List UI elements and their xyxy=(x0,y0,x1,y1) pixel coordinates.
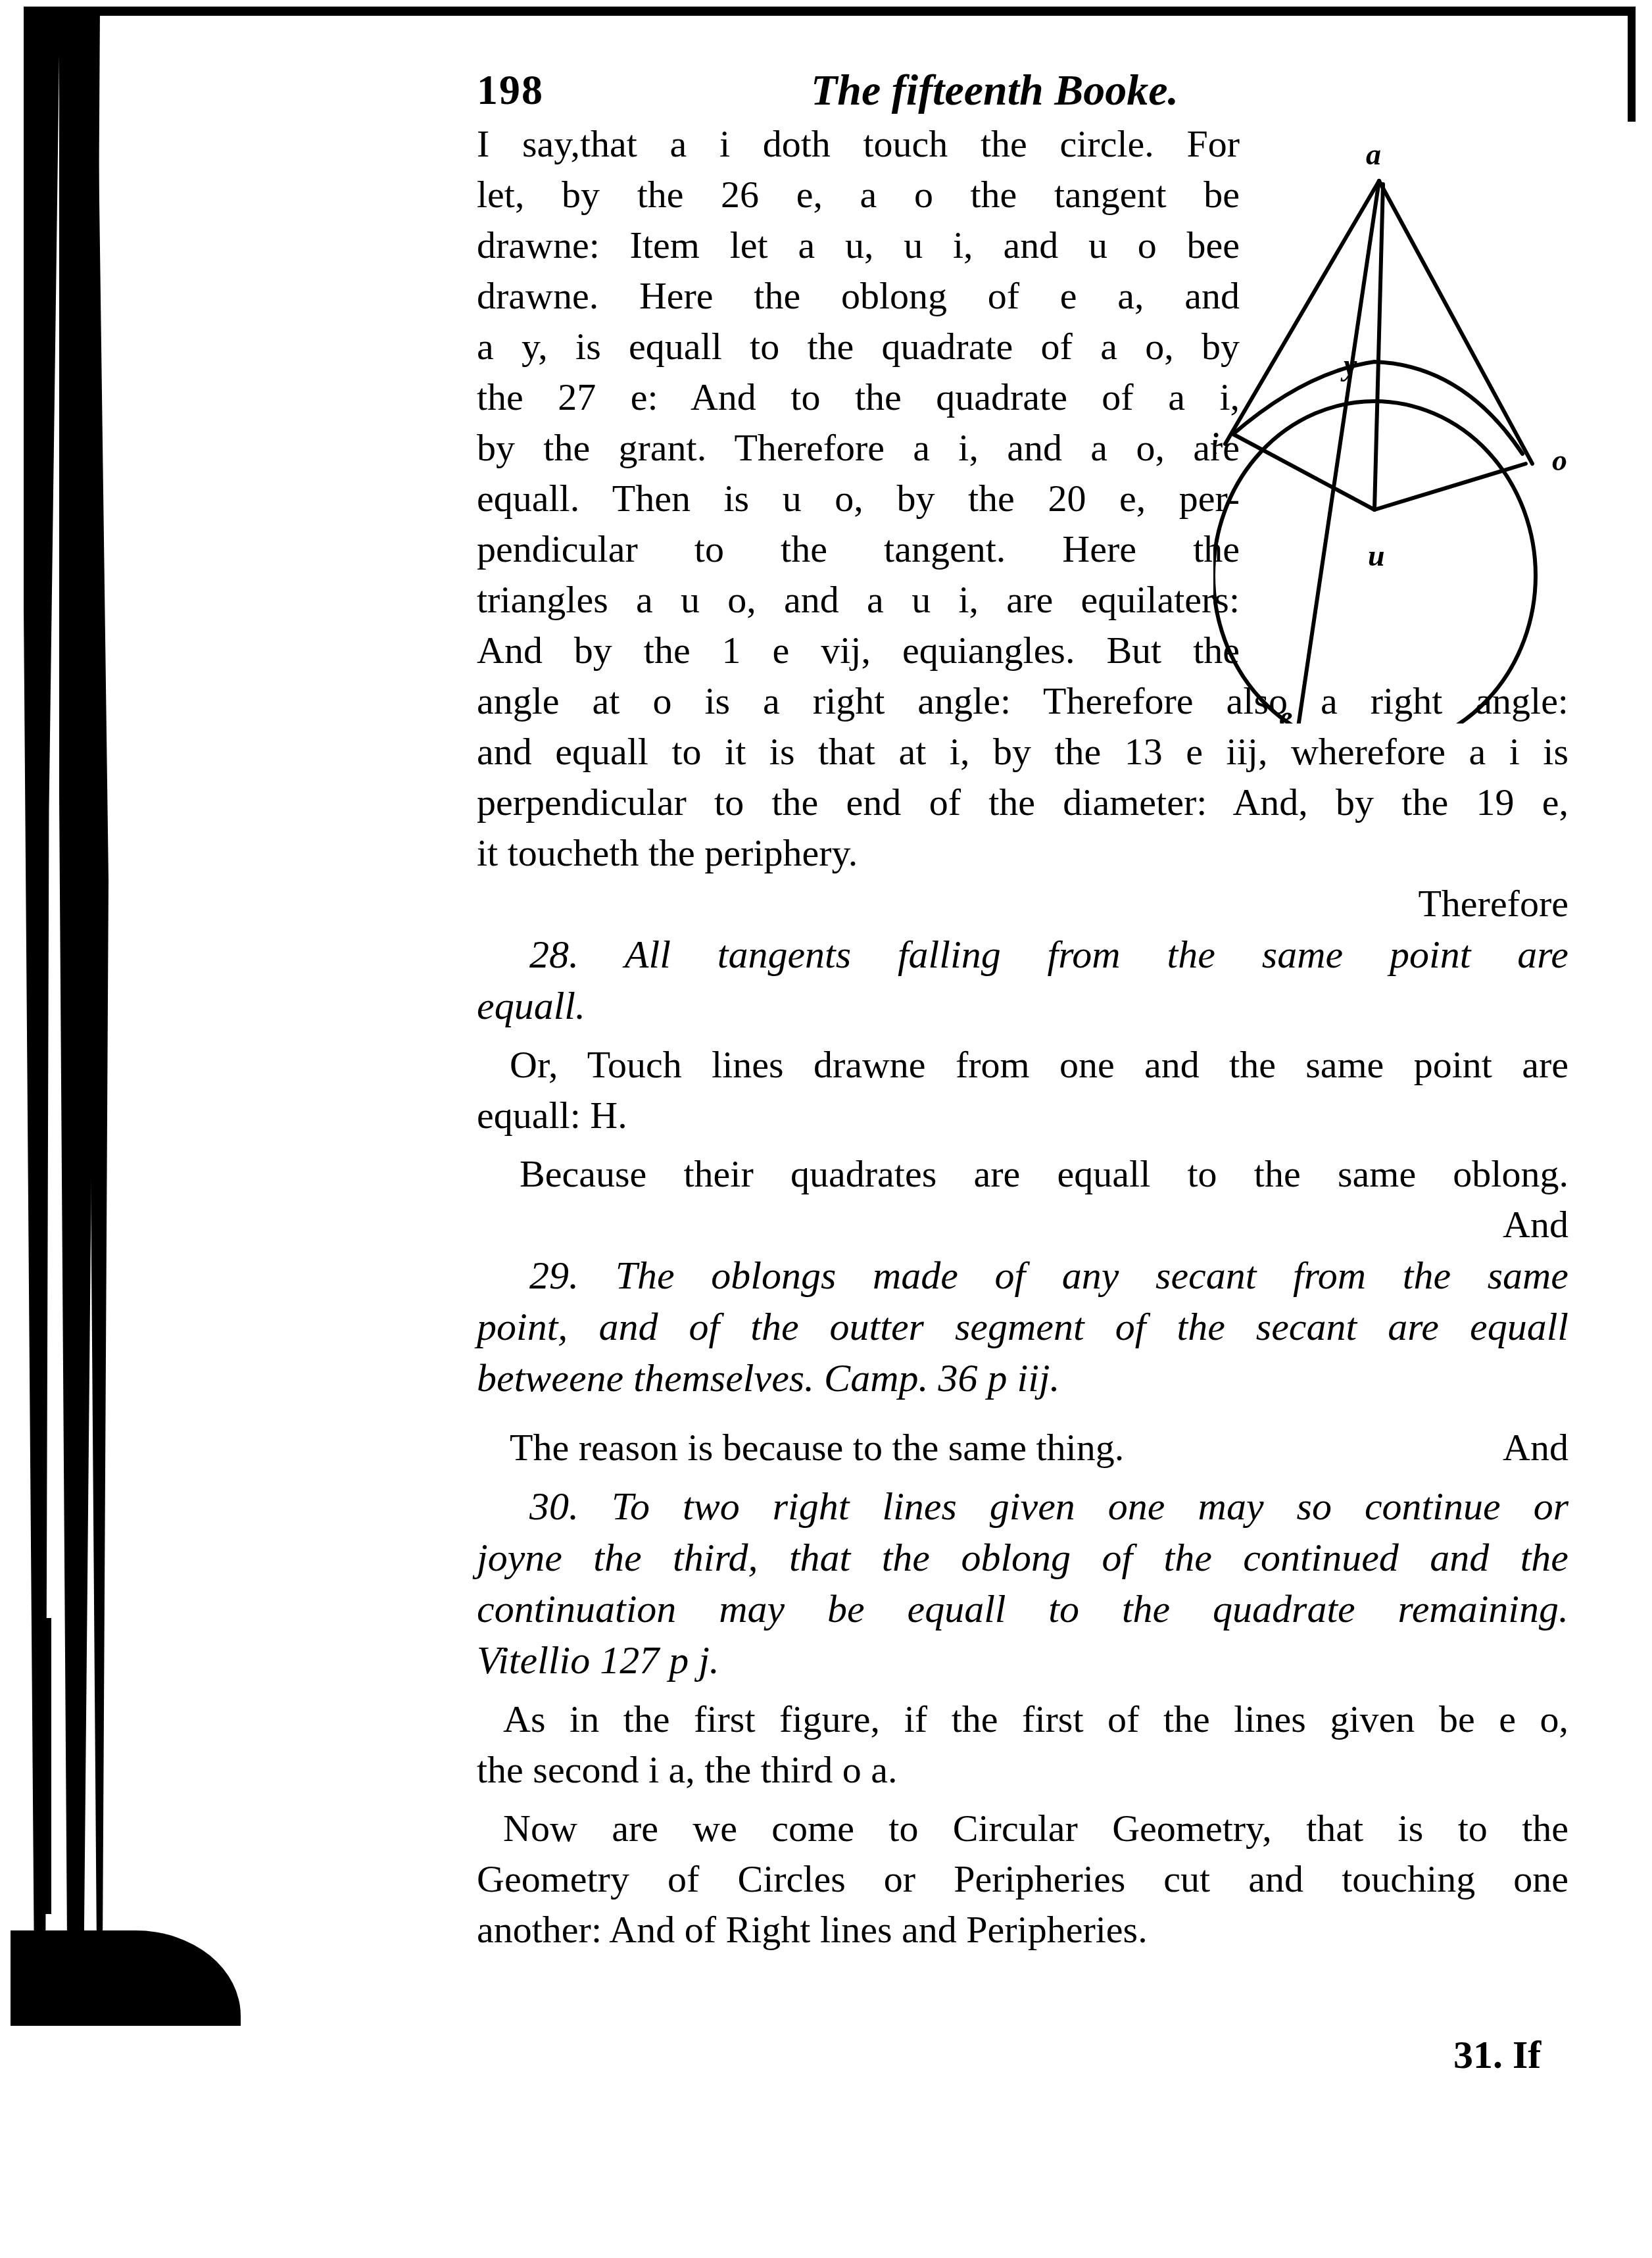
paragraph-or-touch: Or, Touch lines drawne from one and the … xyxy=(477,1039,1568,1141)
catchword-and: And xyxy=(1503,1422,1568,1473)
text-line: equall: H. xyxy=(477,1090,1568,1141)
proposition-line: 28. All tangents falling from the same p… xyxy=(477,929,1568,980)
catchword-therefore: Therefore xyxy=(477,878,1568,929)
proposition-line: 30. To two right lines given one may so … xyxy=(477,1481,1568,1532)
text-line: let, by the 26 e, a o the tangent be xyxy=(477,169,1240,220)
tangent-a-i xyxy=(1225,181,1379,444)
label-i: i xyxy=(1213,427,1219,460)
catchword-next-page: 31. If xyxy=(1453,2032,1541,2078)
paragraph-as-in: As in the first figure, if the first of … xyxy=(477,1694,1568,1795)
text-line: triangles a u o, and a u i, are equilate… xyxy=(477,574,1240,625)
proposition-line: equall. xyxy=(477,980,1568,1031)
proposition-line: Vitellio 127 p j. xyxy=(477,1634,1568,1686)
text-line: pendicular to the tangent. Here the xyxy=(477,524,1240,574)
text-line: The reason is because to the same thing. xyxy=(510,1426,1124,1469)
radius-u-i xyxy=(1233,434,1374,510)
proposition-line: continuation may be equall to the quadra… xyxy=(477,1583,1568,1634)
proposition-line: point, and of the outter segment of the … xyxy=(477,1301,1568,1352)
text-line: a y, is equall to the quadrate of a o, b… xyxy=(477,321,1240,372)
proposition-line: 29. The oblongs made of any secant from … xyxy=(477,1250,1568,1301)
catchword-and: And xyxy=(477,1199,1568,1250)
label-y: y xyxy=(1340,348,1357,381)
proposition-line: joyne the third, that the oblong of the … xyxy=(477,1532,1568,1583)
paragraph-because: Because their quadrates are equall to th… xyxy=(477,1148,1568,1199)
radius-u-o xyxy=(1374,464,1526,510)
line-a-u xyxy=(1374,184,1383,510)
text-line: perpendicular to the end of the diameter… xyxy=(477,777,1568,827)
proposition-30: 30. To two right lines given one may so … xyxy=(477,1481,1568,1686)
text-line: drawne. Here the oblong of e a, and xyxy=(477,270,1240,321)
text-line: And by the 1 e vij, equiangles. But the xyxy=(477,625,1240,675)
text-line: another: And of Right lines and Peripher… xyxy=(477,1904,1568,1955)
label-u: u xyxy=(1368,539,1385,572)
tangent-cone-diagram: a y i o u e xyxy=(1213,145,1582,724)
paragraph-now-are: Now are we come to Circular Geometry, th… xyxy=(477,1803,1568,1955)
text-line: I say,that a i doth touch the circle. Fo… xyxy=(477,118,1240,169)
gutter-stripe xyxy=(89,7,109,1947)
proposition-29: 29. The oblongs made of any secant from … xyxy=(477,1250,1568,1404)
text-line: it toucheth the periphery. xyxy=(477,827,1568,878)
text-line: As in the first figure, if the first of … xyxy=(477,1694,1568,1744)
text-line: drawne: Item let a u, u i, and u o bee xyxy=(477,220,1240,270)
scan-page-border-right xyxy=(1628,7,1636,122)
binding-gutter-shadow xyxy=(0,7,145,2243)
label-o: o xyxy=(1552,443,1567,477)
proposition-28: 28. All tangents falling from the same p… xyxy=(477,929,1568,1031)
text-line: Now are we come to Circular Geometry, th… xyxy=(477,1803,1568,1853)
text-line: Geometry of Circles or Peripheries cut a… xyxy=(477,1853,1568,1904)
text-line: Or, Touch lines drawne from one and the … xyxy=(477,1039,1568,1090)
label-e: e xyxy=(1279,700,1292,724)
proposition-line: betweene themselves. Camp. 36 p iij. xyxy=(477,1352,1568,1404)
label-a: a xyxy=(1366,145,1381,171)
scan-shadow-blob xyxy=(11,1937,142,2026)
text-line: the 27 e: And to the quadrate of a i, xyxy=(477,372,1240,422)
tangent-a-o xyxy=(1379,181,1532,464)
geometry-figure: a y i o u e xyxy=(1213,145,1582,724)
text-line: the second i a, the third o a. xyxy=(477,1744,1568,1795)
running-title: The fifteenth Booke. xyxy=(811,66,1178,116)
text-line: by the grant. Therefore a i, and a o, ar… xyxy=(477,422,1240,473)
secant-a-e xyxy=(1298,181,1379,724)
page-number: 198 xyxy=(477,66,544,114)
gutter-stripe xyxy=(39,1618,51,1914)
scan-page-border-top xyxy=(24,7,1635,16)
running-head: 198 The fifteenth Booke. xyxy=(477,66,1568,118)
paragraph-reason: The reason is because to the same thing.… xyxy=(477,1422,1568,1473)
text-line: and equall to it is that at i, by the 13… xyxy=(477,726,1568,777)
text-line: equall. Then is u o, by the 20 e, per- xyxy=(477,473,1240,524)
